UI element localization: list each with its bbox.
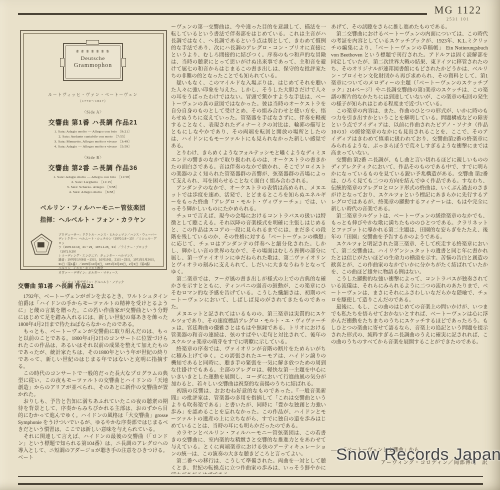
text-line: 最後に、もし、この曲のはじめての音楽上の問いかけが、いつまでも私たちを悟らせてお… (331, 304, 488, 346)
text-line: こうした躍動的な強い衝撃によって、コントラバスが独奏されている流儀は、それらにみ… (331, 276, 488, 304)
text-line: おりしも、予告と告知に満ちあふれていたこの夜の聴衆の期待を背景として、序奏からみ… (18, 399, 168, 434)
side-a-label: 〈Side A〉 (24, 110, 162, 116)
text-line: この楽章の内容は、また、作曲のひとつの形式が、いかに時のもつ力を引き出すかという… (331, 108, 488, 157)
notes-heading-symphony-1: 交響曲 第1番 ハ長調 作品21 (18, 282, 168, 290)
liner-notes-left-column: 交響曲 第1番 ハ長調 作品21 1792年、ベートーヴェンがボンを去るとき、ワ… (18, 282, 168, 474)
conductor-name: 指揮：ヘルベルト・フォン・カラヤン (24, 216, 162, 225)
text-line: それに関連して言えば、ハイドンの最後の交響曲（「ロンドン」という標題で知られる第… (18, 434, 168, 462)
text-line: 第二番への移行は、こうして準備された。両曲を一対として聴くとき、世紀の転換点に立… (171, 458, 326, 474)
production-credits: プロデューサー：ドクトル・ハンス・ヒルシュマン／ハンス・ウェーバーディレクター：… (29, 233, 157, 275)
text-line: この時代のコンサートで一般的だった長大なプログラムの典型に従い、この夜もモーツァ… (18, 371, 168, 399)
side-b-label: 〈Side B〉 (24, 155, 162, 161)
text-line: メヌエットと記されてはいるものの、第三楽章は実質的にスケルツォであり、その速度標… (171, 311, 326, 346)
text-line: 初演の反響は、おおむね好意的なものであった。『一般音楽新聞』の批評家は、管楽器の… (171, 388, 326, 430)
side-b-title: 交響曲 第2番 ニ長調 作品36 (24, 163, 162, 173)
artist-years: （1770～1827） (24, 99, 162, 104)
panel-content: ⚜⚜⚜⚜⚜⚜⚜ Deutsche Grammophon ルートヴィッヒ・ヴァン・… (24, 33, 162, 284)
text-line: 4. Satz: Allegro molto 〔6:38〕 (24, 190, 162, 195)
middle-paragraphs: ーヴェンの第一交響曲は、今や違った目的を意識して、描法を一転しているという書法で… (171, 24, 326, 474)
text-line: チェロで言えば、現今の会場におけるコントラバスの扱いは特徴として聴こえる。それ以… (171, 213, 326, 276)
tracklist-panel: ⚜⚜⚜⚜⚜⚜⚜ Deutsche Grammophon ルートヴィッヒ・ヴァン・… (20, 30, 167, 270)
catalog-number-main: MG 1122 (428, 4, 488, 17)
text-line: 交響曲 第2番 ニ長調が、もし曲と言い切れるほどに親しいもののディアレクティクに… (331, 157, 488, 213)
logo-top-tab (86, 40, 99, 45)
text-line: カラヤンとベルリン・フィルハーモニー管弦楽団は、この若書きの交響曲に、室内楽的な… (171, 430, 326, 458)
text-line: カヴァー・デザイン：ホルガー・マティース (59, 271, 158, 275)
side-a-title: 交響曲 第1番 ハ長調 作品21 (24, 117, 162, 127)
text-line: 4. Satz: Adagio — Allegro molto e vivace… (24, 144, 162, 149)
text-line: 1792年、ベートーヴェンがボンを去るとき、ワルトシュタイン伯爵は「ハイドンの手… (18, 294, 168, 329)
logo-inner-border (66, 46, 121, 79)
text-line: とりわけ、きらめくようなフォルテッシモと囁くようなディミヌエンドの響きのなかで取… (171, 150, 326, 185)
left-paragraphs: 1792年、ベートーヴェンがボンを去るとき、ワルトシュタイン伯爵は「ハイドンの手… (18, 294, 168, 462)
right-paragraphs: あげて、その試聴をさらに推し進めたものである。 第二交響曲におけるベートーヴェン… (331, 24, 488, 445)
artist-name: ルートヴィッヒ・ヴァン・ベートーヴェン (24, 92, 162, 98)
snow-records-watermark: Snow Records Japan (336, 445, 500, 465)
record-sleeve-back: MG 1122 2531 101 ⚜⚜⚜⚜⚜⚜⚜ Deutsche Grammo… (0, 0, 500, 490)
text-line: 第二楽章ラルゲットは、ベートーヴェンの緩徐楽章のなかでも、もっとも伸びやかな歌に… (331, 213, 488, 241)
text-line: ツ（1970.10.19，21～23，1971.1.26，31）／ライナー・ブロ… (59, 246, 158, 254)
side-b-movements: 1. Satz: Adagio molto — Allegro con brio… (24, 175, 162, 195)
deutsche-grammophon-logo: ⚜⚜⚜⚜⚜⚜⚜ Deutsche Grammophon (63, 43, 123, 81)
credit-lines: プロデューサー：ドクトル・ハンス・ヒルシュマン／ハンス・ウェーバーディレクター：… (59, 233, 158, 275)
text-line: 疑いもなく、このマイルドな入場ぶりは、はじめてそれを聴いた人々に強い印象を与えた… (171, 80, 326, 150)
liner-notes-middle-column: ーヴェンの第一交響曲は、今や違った目的を意識して、描法を一転しているという書法で… (171, 24, 326, 474)
text-line: もっとも、ベートーヴェンが交響曲に取り組んだのは、もっと以前のことである。180… (18, 329, 168, 371)
side-a-movements: 1. Satz: Adagio molto — Allegro con brio… (24, 129, 162, 149)
text-line: あげて、その試聴をさらに推し進めたものである。 (331, 24, 488, 31)
catalog-number: MG 1122 2531 101 (428, 4, 488, 22)
bottom-rule (18, 476, 483, 485)
record-association-mark-icon (29, 233, 54, 256)
text-line: スケルツォと明記された第三楽章、そして疾走する終楽章において、第二交響曲は、ハイ… (331, 241, 488, 276)
text-line: 第二交響曲におけるベートーヴェンの内面については、この時代の考証を内容としている… (331, 31, 488, 108)
text-line: ディレクター：ヘルムート・シュテルン（1970.1.8～13）／ミシェル・グロッ (59, 237, 158, 245)
liner-notes-right-column: あげて、その試聴をさらに推し進めたものである。 第二交響曲におけるベートーヴェン… (331, 24, 488, 476)
catalog-number-sub: 2531 101 (428, 17, 488, 22)
logo-right-tab (122, 58, 127, 67)
text-line: 第二楽章では、フーガ風の書き出しが様式の上での古典的な確かさを示すとともに、ティ… (171, 276, 326, 311)
text-line: アンダンテのなかで、オーケストラの表情は高められ、メヌエットでは歩度を速め、活発… (171, 185, 326, 213)
top-rule (18, 13, 427, 15)
text-line: ーヴェンの第一交響曲は、今や違った目的を意識して、描法を一転しているという書法で… (171, 24, 326, 80)
text-line: 終楽章の序奏では、ヴァイオリンが音階の断片をためらいがちに積み上げてゆく。この誇… (171, 346, 326, 388)
orchestra-name: ベルリン・フィルハーモニー管弦楽団 (24, 204, 162, 213)
logo-left-tab (60, 58, 65, 67)
